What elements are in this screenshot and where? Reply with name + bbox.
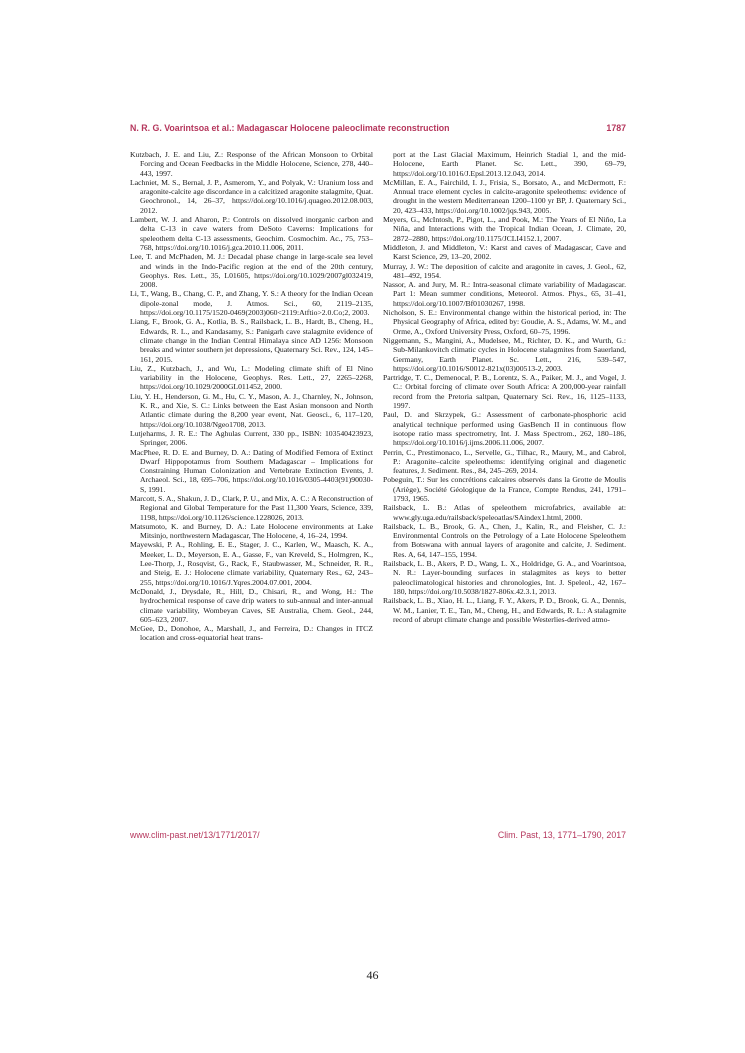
page-footer: www.clim-past.net/13/1771/2017/ Clim. Pa… [130, 830, 626, 840]
reference-item: Paul, D. and Skrzypek, G.: Assessment of… [383, 410, 626, 447]
journal-page-number: 1787 [606, 123, 626, 133]
references-section: Kutzbach, J. E. and Liu, Z.: Response of… [130, 150, 626, 643]
references-right-column: port at the Last Glacial Maximum, Heinri… [383, 150, 626, 643]
reference-item: McMillan, E. A., Fairchild, I. J., Frisi… [383, 178, 626, 215]
reference-item: Mayewski, P. A., Rohling, E. E., Stager,… [130, 540, 373, 586]
reference-item: Li, T., Wang, B., Chang, C. P., and Zhan… [130, 289, 373, 317]
reference-item: Pobeguin, T.: Sur les concrétions calcai… [383, 475, 626, 503]
reference-item: Nicholson, S. E.: Environmental change w… [383, 308, 626, 336]
reference-item: Railsback, L. B.: Atlas of speleothem mi… [383, 503, 626, 522]
reference-item: McGee, D., Donohoe, A., Marshall, J., an… [130, 624, 373, 643]
reference-item: port at the Last Glacial Maximum, Heinri… [383, 150, 626, 178]
reference-item: Liu, Y. H., Henderson, G. M., Hu, C. Y.,… [130, 392, 373, 429]
references-left-column: Kutzbach, J. E. and Liu, Z.: Response of… [130, 150, 373, 643]
reference-item: Murray, J. W.: The deposition of calcite… [383, 262, 626, 281]
reference-item: Nassor, A. and Jury, M. R.: Intra-season… [383, 280, 626, 308]
reference-item: Railsback, L. B., Xiao, H. L., Liang, F.… [383, 596, 626, 624]
reference-item: Liang, F., Brook, G. A., Kotlia, B. S., … [130, 317, 373, 363]
document-page-number: 46 [0, 968, 745, 983]
reference-item: MacPhee, R. D. E. and Burney, D. A.: Dat… [130, 448, 373, 494]
reference-item: Lachniet, M. S., Bernal, J. P., Asmerom,… [130, 178, 373, 215]
page-header: N. R. G. Voarintsoa et al.: Madagascar H… [130, 123, 626, 133]
reference-item: Railsback, L. B., Akers, P. D., Wang, L.… [383, 559, 626, 596]
running-title: N. R. G. Voarintsoa et al.: Madagascar H… [130, 123, 450, 133]
reference-item: Kutzbach, J. E. and Liu, Z.: Response of… [130, 150, 373, 178]
reference-item: Liu, Z., Kutzbach, J., and Wu, L.: Model… [130, 364, 373, 392]
reference-item: Perrin, C., Prestimonaco, L., Servelle, … [383, 448, 626, 476]
reference-item: Niggemann, S., Mangini, A., Mudelsee, M.… [383, 336, 626, 373]
reference-item: Lutjeharms, J. R. E.: The Aghulas Curren… [130, 429, 373, 448]
citation-info: Clim. Past, 13, 1771–1790, 2017 [498, 830, 626, 840]
reference-item: Railsback, L. B., Brook, G. A., Chen, J.… [383, 522, 626, 559]
reference-item: Lee, T. and McPhaden, M. J.: Decadal pha… [130, 252, 373, 289]
reference-item: Partridge, T. C., Demenocal, P. B., Lore… [383, 373, 626, 410]
reference-item: Lambert, W. J. and Aharon, P.: Controls … [130, 215, 373, 252]
reference-item: Middleton, J. and Middleton, V.: Karst a… [383, 243, 626, 262]
reference-item: Marcott, S. A., Shakun, J. D., Clark, P.… [130, 494, 373, 522]
journal-url-link[interactable]: www.clim-past.net/13/1771/2017/ [130, 830, 260, 840]
reference-item: Matsumoto, K. and Burney, D. A.: Late Ho… [130, 522, 373, 541]
reference-item: Meyers, G., McIntosh, P., Pigot, L., and… [383, 215, 626, 243]
reference-item: McDonald, J., Drysdale, R., Hill, D., Ch… [130, 587, 373, 624]
